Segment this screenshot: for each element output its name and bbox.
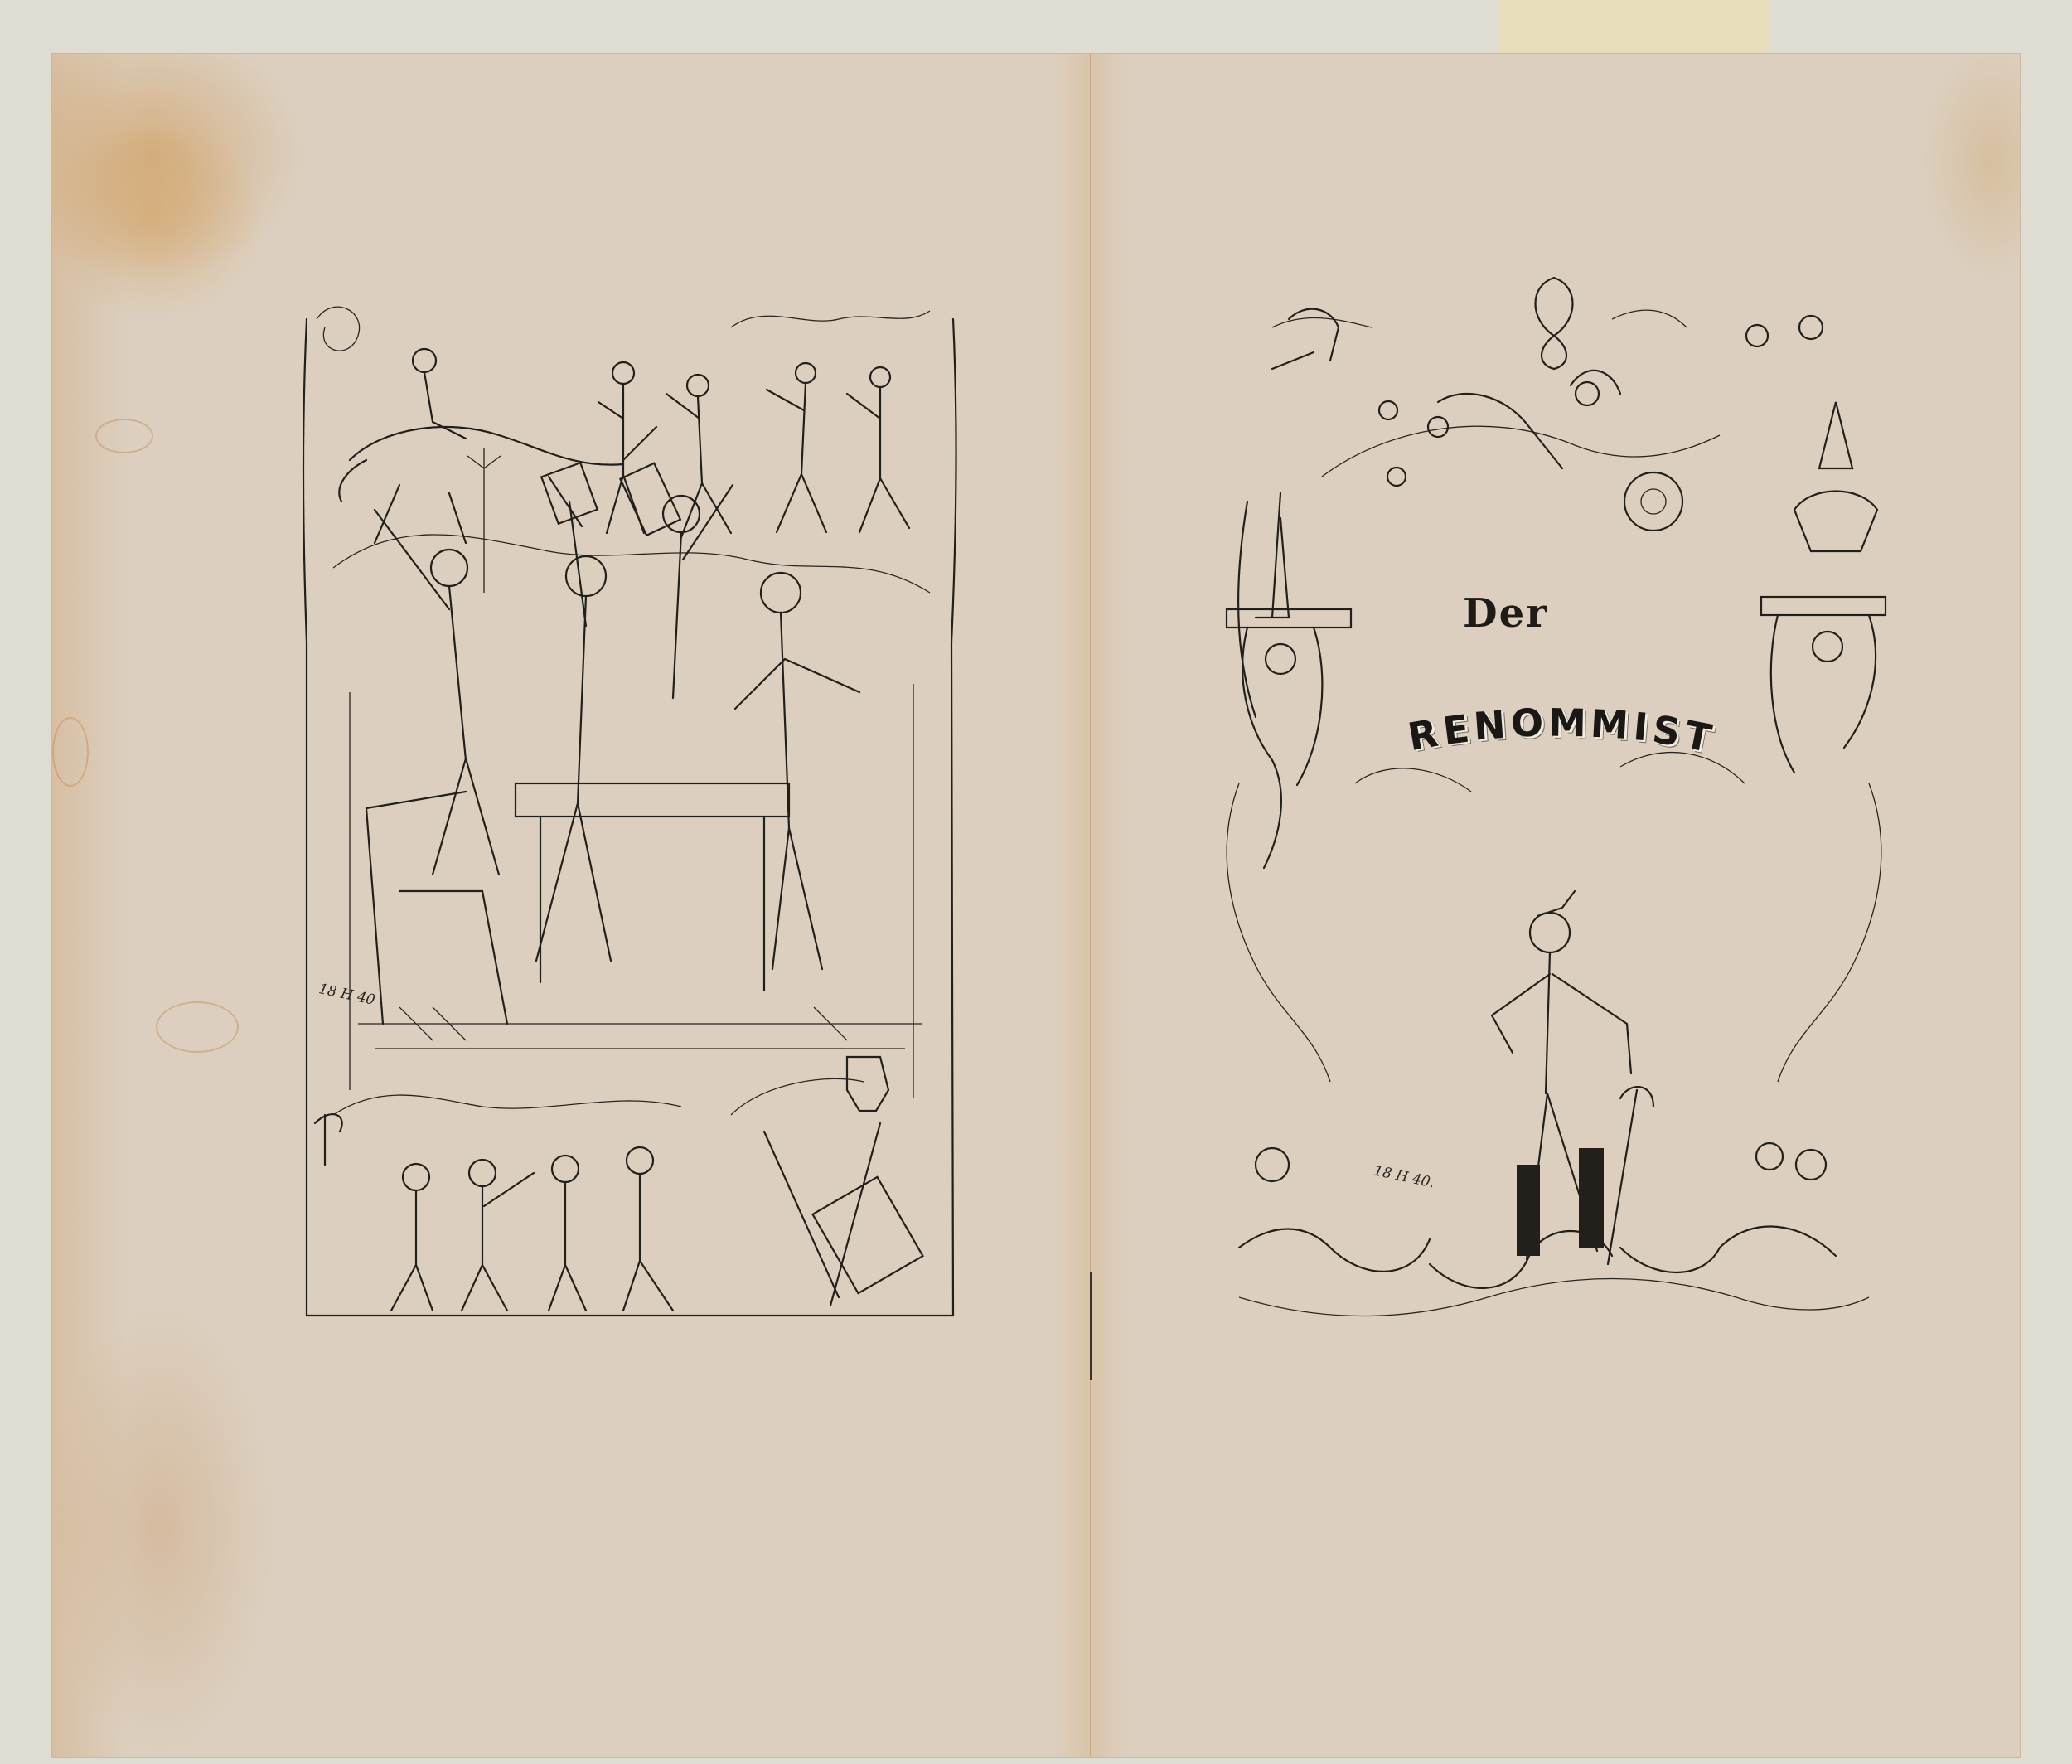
frontispiece-plate: 18 H 40 — [300, 294, 960, 1322]
tavern-scene — [350, 448, 922, 1098]
frontispiece-engraving — [300, 294, 960, 1322]
title-page-engraving — [1222, 269, 1890, 1330]
fencing-vignette — [315, 1057, 922, 1311]
title-letter: E — [1440, 705, 1476, 754]
renommist-figure — [1492, 891, 1653, 1264]
title-plate: 18 H 40. — [1222, 269, 1890, 1330]
stain-ring — [52, 717, 89, 787]
title-letter: R — [1405, 710, 1446, 759]
stain-ring — [156, 1001, 239, 1053]
fold-mark — [1090, 1272, 1092, 1380]
masking-tape — [1500, 0, 1769, 56]
title-article: Der — [1463, 590, 1548, 637]
center-fold — [1090, 54, 1091, 1757]
title-letter: M — [1590, 701, 1635, 749]
title-main: RENOMMIST — [1388, 700, 1736, 745]
title-letter: M — [1547, 700, 1591, 746]
title-letter: N — [1472, 702, 1512, 749]
title-letter: O — [1510, 700, 1548, 746]
stain-ring — [95, 419, 153, 453]
